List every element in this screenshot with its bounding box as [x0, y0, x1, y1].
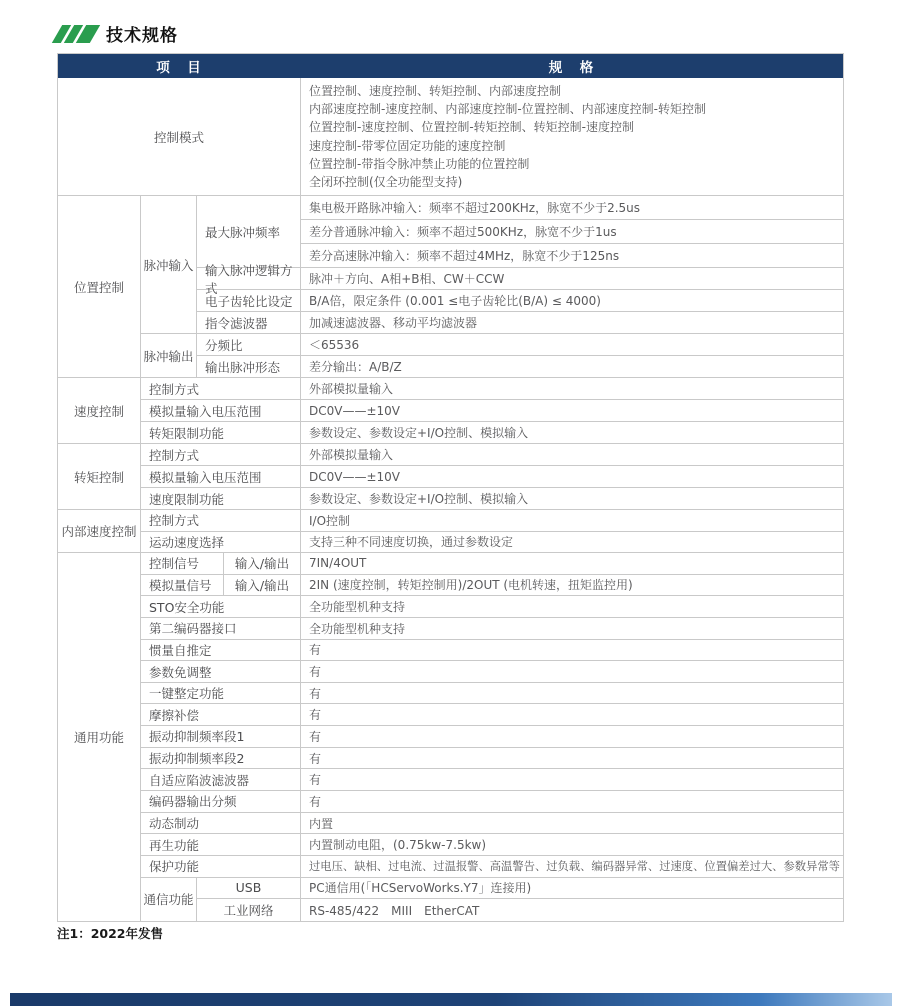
green-slashes-icon [57, 25, 98, 43]
row-label: 模拟量输入电压范围 [141, 466, 301, 488]
row-label: 转矩限制功能 [141, 422, 301, 444]
row-label: 指令滤波器 [197, 312, 301, 334]
subgroup-label: 脉冲输入 [141, 196, 197, 334]
row-value: 支持三种不同速度切换，通过参数设定 [301, 532, 843, 554]
row-label: 工业网络 [197, 899, 301, 921]
row-value: 7IN/4OUT [301, 553, 843, 575]
row-value: 外部模拟量输入 [301, 444, 843, 466]
control-mode-values: 位置控制、速度控制、转矩控制、内部速度控制 内部速度控制-速度控制、内部速度控制… [301, 78, 843, 196]
row-value: 全功能型机种支持 [301, 618, 843, 640]
row-value: 有 [301, 791, 843, 813]
row-value: 差分普通脉冲输入：频率不超过500KHz，脉宽不少于1us [301, 220, 843, 244]
row-value: 差分高速脉冲输入：频率不超过4MHz，脉宽不少于125ns [301, 244, 843, 268]
group-label: 速度控制 [58, 378, 141, 444]
row-label: STO安全功能 [141, 596, 301, 618]
row-label: USB [197, 878, 301, 900]
row-label: 再生功能 [141, 834, 301, 856]
row-value: 内置制动电阻，(0.75kw-7.5kw) [301, 834, 843, 856]
row-label: 控制信号 [141, 553, 224, 575]
comm-block: 通信功能 USB PC通信用(「HCServoWorks.Y7」连接用) 工业网… [141, 878, 843, 921]
row-value: 内置 [301, 813, 843, 835]
footnote: 注1：2022年发售 [57, 924, 163, 942]
group-label: 位置控制 [58, 196, 141, 378]
row-value: 有 [301, 640, 843, 662]
row-value: 全功能型机种支持 [301, 596, 843, 618]
row-value: RS-485/422 MIII EtherCAT [301, 899, 843, 921]
row-label: 摩擦补偿 [141, 704, 301, 726]
section-internal-speed-control: 内部速度控制 控制方式 I/O控制 运动速度选择 支持三种不同速度切换，通过参数… [58, 510, 843, 553]
row-label: 编码器输出分频 [141, 791, 301, 813]
row-value: DC0V——±10V [301, 400, 843, 422]
section-torque-control: 转矩控制 控制方式 外部模拟量输入 模拟量输入电压范围 DC0V——±10V 速… [58, 444, 843, 510]
io-direction-label: 输入/输出 [224, 575, 301, 597]
row-value: 有 [301, 769, 843, 791]
row-label: 动态制动 [141, 813, 301, 835]
row-label: 控制方式 [141, 378, 301, 400]
row-label: 运动速度选择 [141, 532, 301, 554]
control-mode-line: 位置控制、速度控制、转矩控制、内部速度控制 [309, 82, 843, 100]
spec-sheet-page: 技术规格 项 目 规 格 控制模式 位置控制、速度控制、转矩控制、内部速度控制 … [0, 0, 900, 1008]
section-title: 技术规格 [57, 21, 178, 46]
row-value: 参数设定、参数设定+I/O控制、模拟输入 [301, 488, 843, 510]
row-value: ＜65536 [301, 334, 843, 356]
row-label: 参数免调整 [141, 661, 301, 683]
row-value: 外部模拟量输入 [301, 378, 843, 400]
control-mode-line: 速度控制-带零位固定功能的速度控制 [309, 137, 843, 155]
row-label: 模拟量输入电压范围 [141, 400, 301, 422]
row-label: 控制方式 [141, 510, 301, 532]
row-value: 有 [301, 704, 843, 726]
row-value: PC通信用(「HCServoWorks.Y7」连接用) [301, 878, 843, 900]
row-value: DC0V——±10V [301, 466, 843, 488]
control-mode-line: 位置控制-速度控制、位置控制-转矩控制、转矩控制-速度控制 [309, 118, 843, 136]
section-position-control: 位置控制 脉冲输入 最大脉冲频率 集电极开路脉冲输入：频率不超过200KHz，脉… [58, 196, 843, 378]
group-label: 控制模式 [58, 78, 301, 196]
io-direction-label: 输入/输出 [224, 553, 301, 575]
row-label: 保护功能 [141, 856, 301, 878]
control-mode-line: 全闭环控制(仅全功能型支持) [309, 173, 843, 191]
header-spec: 规 格 [301, 56, 843, 76]
row-value: 过电压、缺相、过电流、过温报警、高温警告、过负载、编码器异常、过速度、位置偏差过… [301, 856, 843, 878]
footer-bar [10, 993, 892, 1006]
row-label: 振动抑制频率段2 [141, 748, 301, 770]
row-value: 参数设定、参数设定+I/O控制、模拟输入 [301, 422, 843, 444]
row-value: 有 [301, 683, 843, 705]
section-control-mode: 控制模式 位置控制、速度控制、转矩控制、内部速度控制 内部速度控制-速度控制、内… [58, 78, 843, 196]
row-value: 有 [301, 748, 843, 770]
group-label: 转矩控制 [58, 444, 141, 510]
row-value: B/A倍，限定条件 (0.001 ≤电子齿轮比(B/A) ≤ 4000) [301, 290, 843, 312]
row-label: 分频比 [197, 334, 301, 356]
control-mode-line: 内部速度控制-速度控制、内部速度控制-位置控制、内部速度控制-转矩控制 [309, 100, 843, 118]
spec-table: 项 目 规 格 控制模式 位置控制、速度控制、转矩控制、内部速度控制 内部速度控… [57, 53, 844, 922]
row-value: 脉冲＋方向、A相+B相、CW＋CCW [301, 268, 843, 290]
row-value: 2IN (速度控制，转矩控制用)/2OUT (电机转速，扭矩监控用) [301, 575, 843, 597]
row-label: 控制方式 [141, 444, 301, 466]
row-value: 有 [301, 661, 843, 683]
row-label: 最大脉冲频率 [197, 196, 301, 268]
row-label: 一键整定功能 [141, 683, 301, 705]
row-value: 差分输出：A/B/Z [301, 356, 843, 378]
row-label: 第二编码器接口 [141, 618, 301, 640]
row-label: 电子齿轮比设定 [197, 290, 301, 312]
row-value: I/O控制 [301, 510, 843, 532]
row-label: 惯量自推定 [141, 640, 301, 662]
group-label: 内部速度控制 [58, 510, 141, 553]
table-header: 项 目 规 格 [58, 54, 843, 78]
group-label: 通用功能 [58, 553, 141, 921]
page-title: 技术规格 [106, 21, 178, 46]
row-label: 振动抑制频率段1 [141, 726, 301, 748]
row-label: 输出脉冲形态 [197, 356, 301, 378]
row-label: 速度限制功能 [141, 488, 301, 510]
section-general-functions: 通用功能 控制信号 输入/输出 7IN/4OUT 模拟量信号 输入/输出 2IN… [58, 553, 843, 921]
row-label: 输入脉冲逻辑方式 [197, 268, 301, 290]
subgroup-label: 通信功能 [141, 878, 197, 921]
subgroup-label: 脉冲输出 [141, 334, 197, 378]
header-item: 项 目 [58, 56, 301, 76]
row-label: 模拟量信号 [141, 575, 224, 597]
row-value: 加减速滤波器、移动平均滤波器 [301, 312, 843, 334]
control-mode-line: 位置控制-带指令脉冲禁止功能的位置控制 [309, 155, 843, 173]
section-speed-control: 速度控制 控制方式 外部模拟量输入 模拟量输入电压范围 DC0V——±10V 转… [58, 378, 843, 444]
row-value: 有 [301, 726, 843, 748]
row-label: 自适应陷波滤波器 [141, 769, 301, 791]
row-value: 集电极开路脉冲输入：频率不超过200KHz，脉宽不少于2.5us [301, 196, 843, 220]
